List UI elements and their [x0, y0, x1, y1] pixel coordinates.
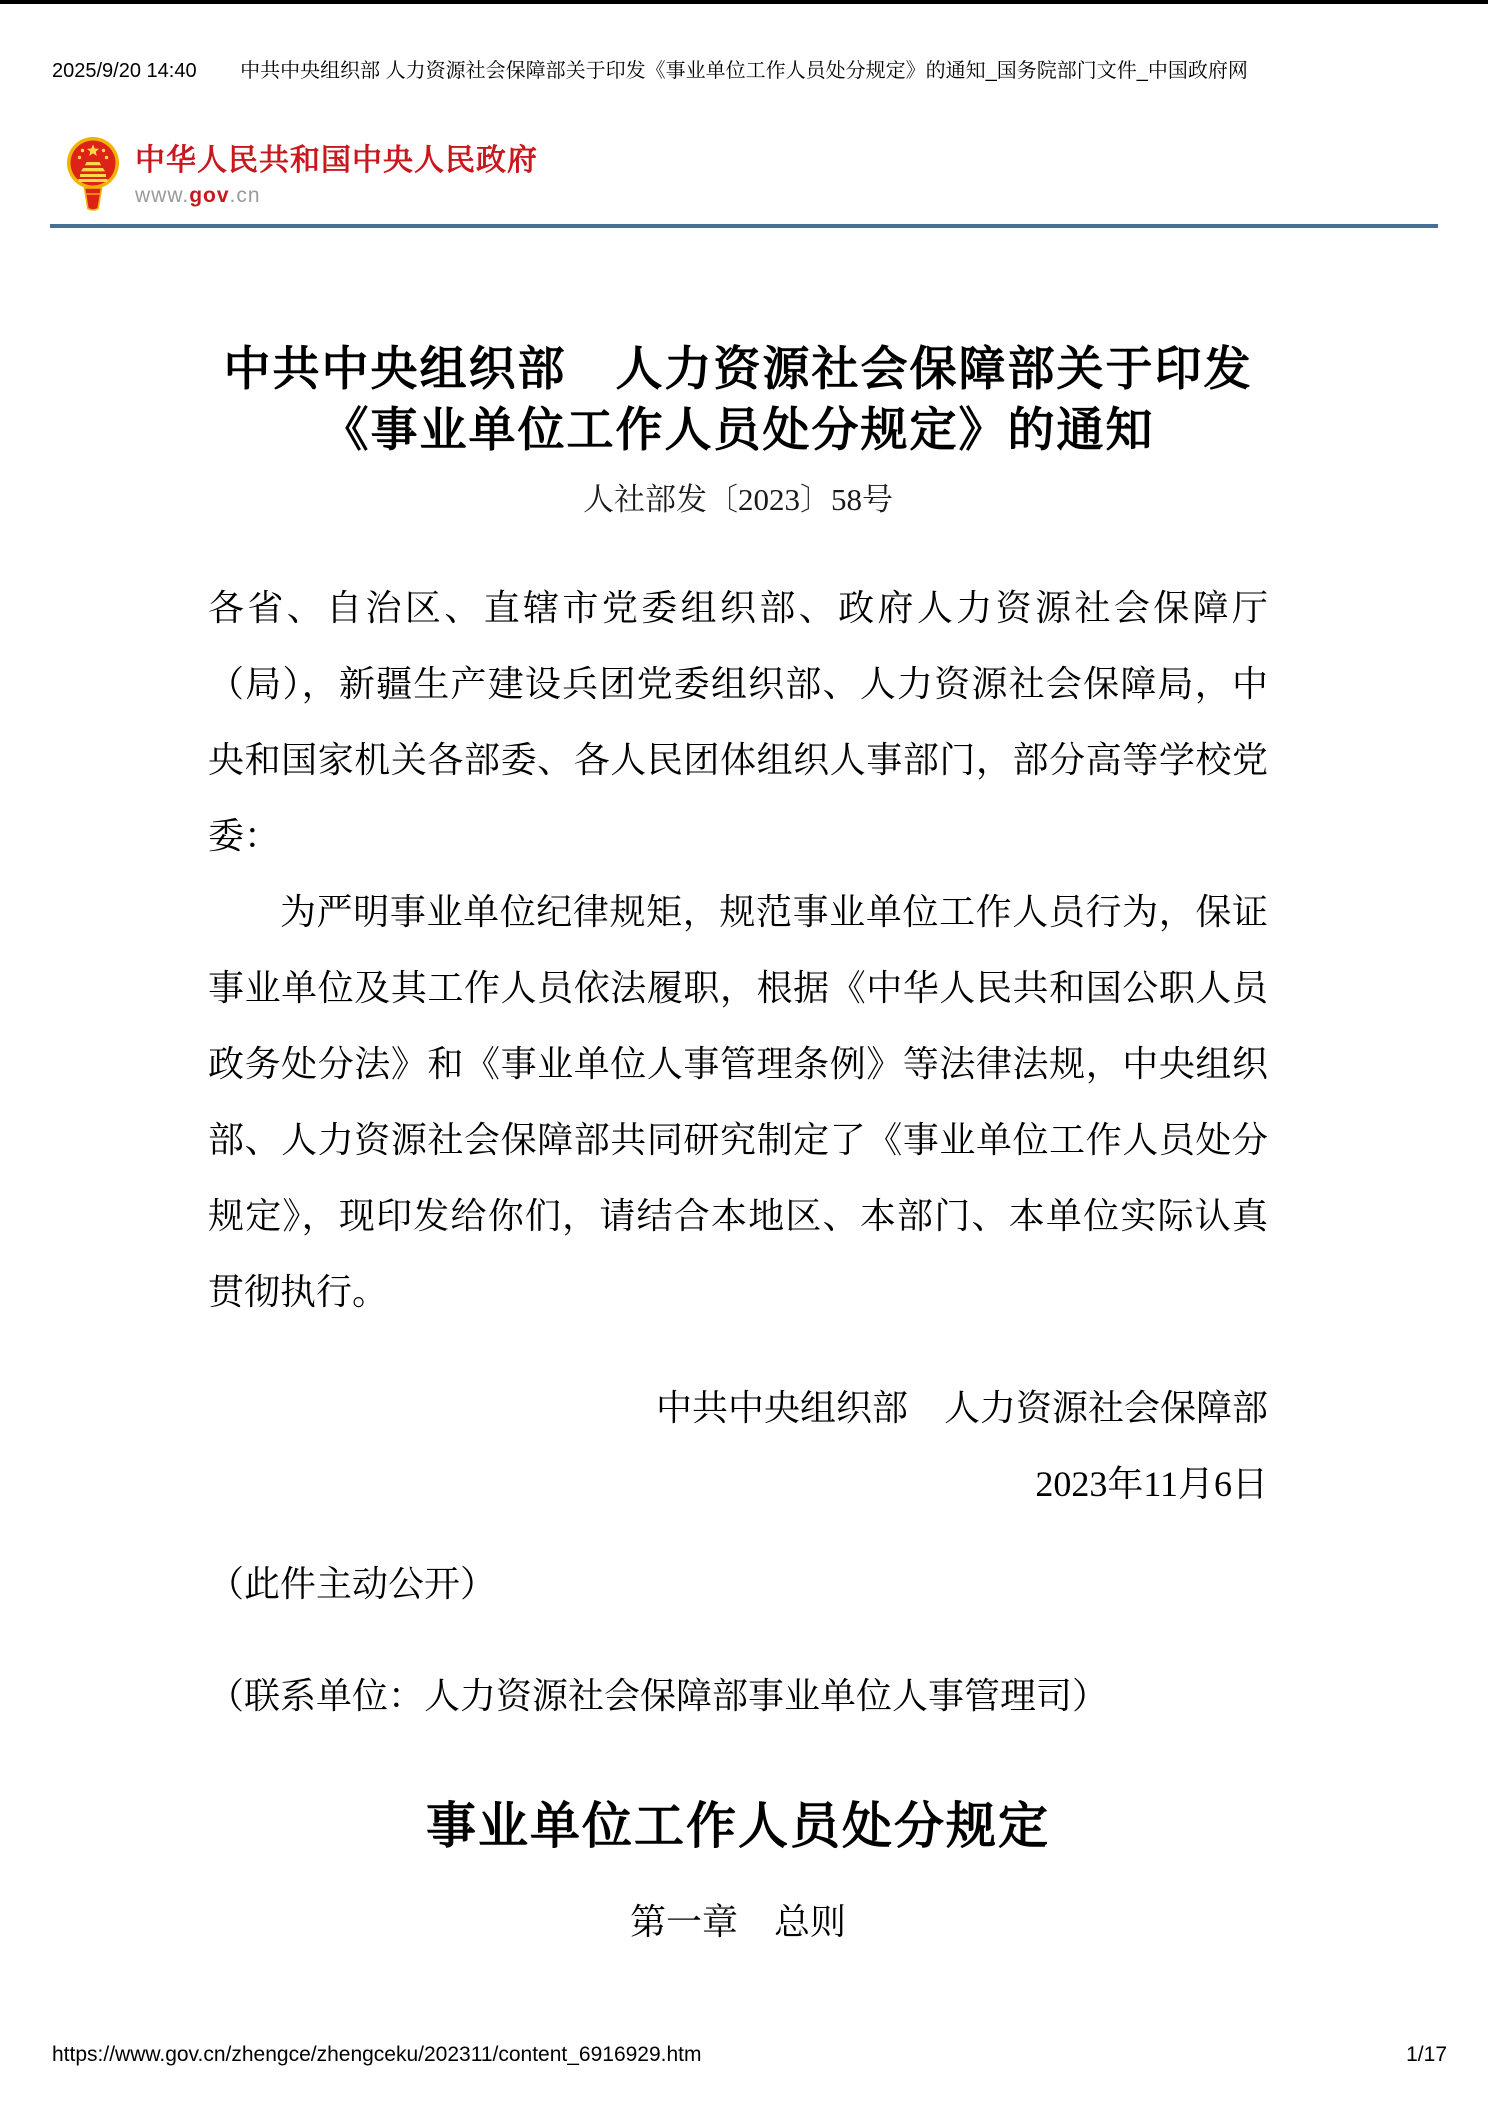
- page-top-edge: [0, 0, 1488, 4]
- signature-date: 2023年11月6日: [208, 1446, 1268, 1522]
- document-content: 中共中央组织部 人力资源社会保障部关于印发 《事业单位工作人员处分规定》的通知 …: [208, 340, 1268, 1946]
- site-url-gov: gov: [189, 184, 229, 207]
- print-page-title: 中共中央组织部 人力资源社会保障部关于印发《事业单位工作人员处分规定》的通知_国…: [222, 58, 1266, 84]
- signature-issuers: 中共中央组织部 人力资源社会保障部: [208, 1370, 1268, 1446]
- chapter-heading: 第一章 总则: [208, 1898, 1268, 1946]
- site-url-www: www.: [135, 184, 189, 207]
- printed-document-page: 2025/9/20 14:40 中共中央组织部 人力资源社会保障部关于印发《事业…: [0, 0, 1488, 2104]
- site-url-cn: .cn: [230, 184, 261, 207]
- document-number: 人社部发〔2023〕58号: [208, 480, 1268, 520]
- note-public: （此件主动公开）: [208, 1546, 1268, 1622]
- site-name: 中华人民共和国中央人民政府: [135, 144, 538, 178]
- print-header: 2025/9/20 14:40 中共中央组织部 人力资源社会保障部关于印发《事业…: [52, 58, 1436, 84]
- gov-site-banner: 中华人民共和国中央人民政府 www.gov.cn: [66, 136, 538, 212]
- document-title-line2: 《事业单位工作人员处分规定》的通知: [208, 401, 1268, 462]
- document-title: 中共中央组织部 人力资源社会保障部关于印发 《事业单位工作人员处分规定》的通知: [208, 340, 1268, 462]
- note-contact: （联系单位：人力资源社会保障部事业单位人事管理司）: [208, 1658, 1268, 1734]
- banner-divider: [50, 224, 1438, 228]
- body-paragraph: 为严明事业单位纪律规矩，规范事业单位工作人员行为，保证事业单位及其工作人员依法履…: [208, 874, 1268, 1330]
- recipients-paragraph: 各省、自治区、直辖市党委组织部、政府人力资源社会保障厅（局），新疆生产建设兵团党…: [208, 570, 1268, 874]
- document-title-line1: 中共中央组织部 人力资源社会保障部关于印发: [208, 340, 1268, 401]
- page-number-indicator: 1/17: [1406, 2042, 1447, 2068]
- site-text-block: 中华人民共和国中央人民政府 www.gov.cn: [135, 136, 538, 208]
- national-emblem-icon: [66, 136, 120, 212]
- regulation-title: 事业单位工作人员处分规定: [208, 1794, 1268, 1858]
- print-footer: https://www.gov.cn/zhengce/zhengceku/202…: [52, 2042, 1447, 2068]
- site-url: www.gov.cn: [135, 184, 538, 208]
- print-timestamp: 2025/9/20 14:40: [52, 58, 197, 84]
- print-source-url: https://www.gov.cn/zhengce/zhengceku/202…: [52, 2042, 702, 2068]
